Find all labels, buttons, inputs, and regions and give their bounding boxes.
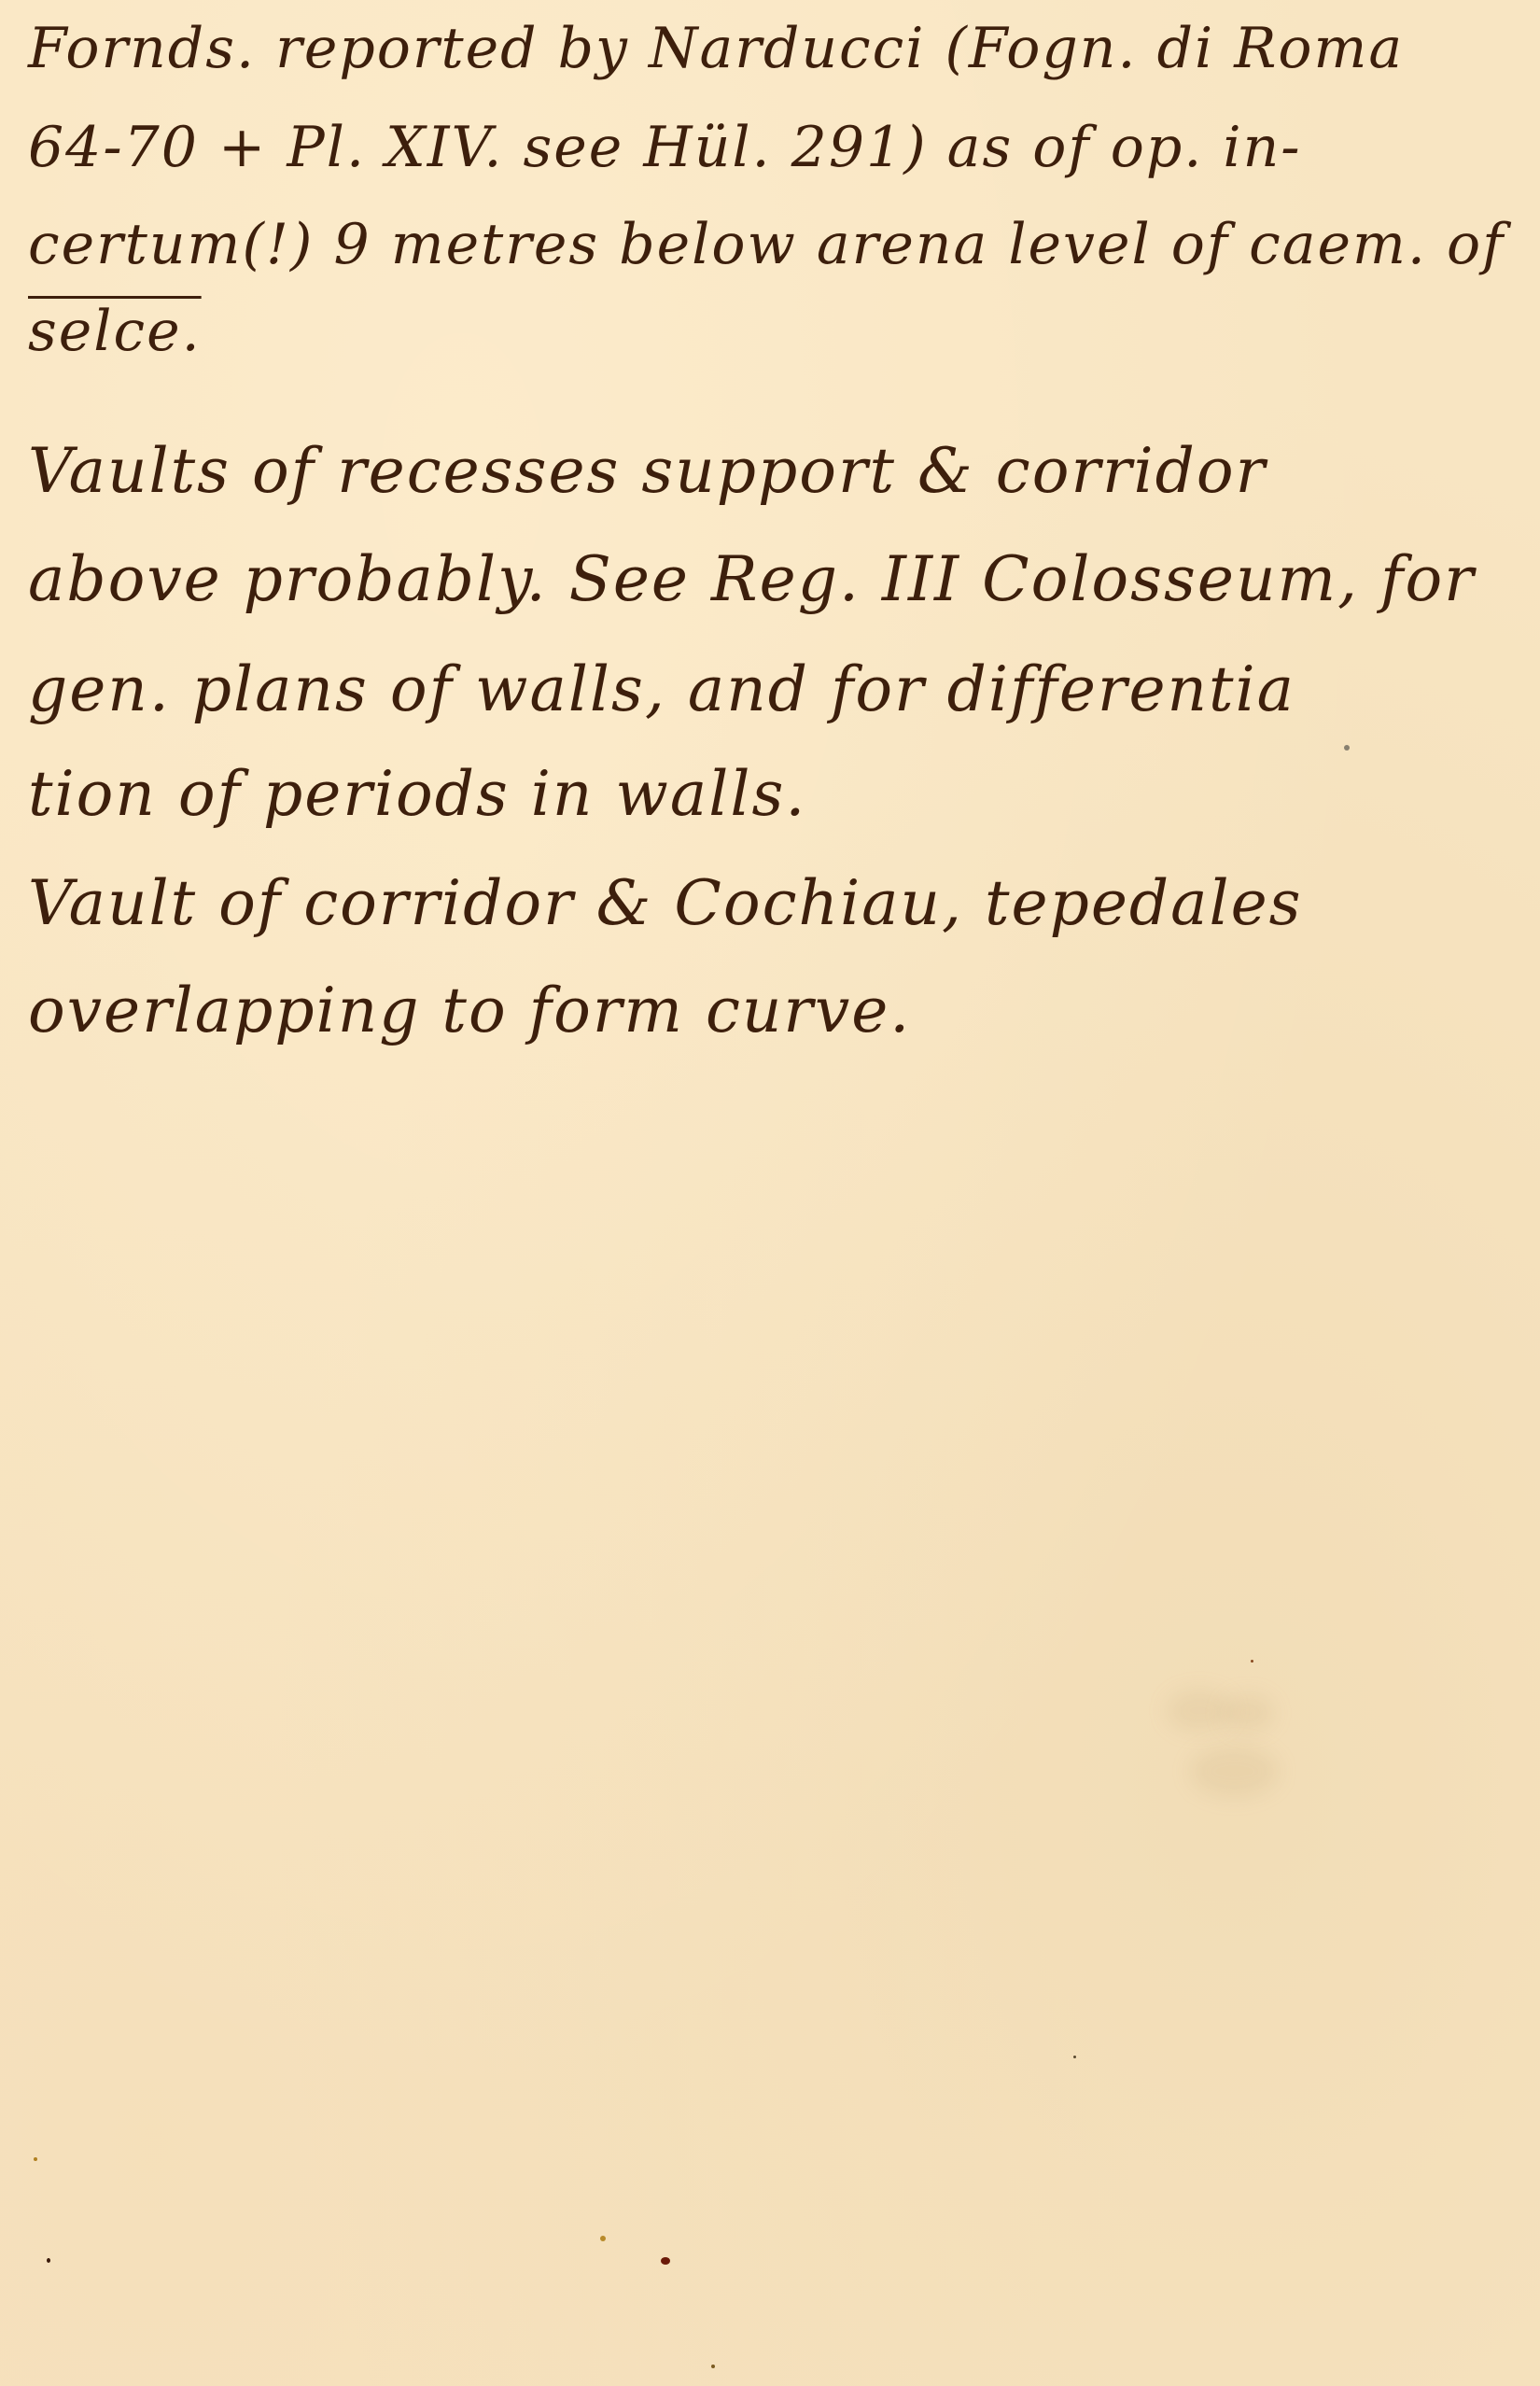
paper-stain xyxy=(1190,1746,1279,1797)
note-line: Vault of corridor & Cochiau, tepedales xyxy=(28,873,1303,934)
note-line: Vaults of recesses support & corridor xyxy=(28,441,1267,502)
ink-speck xyxy=(600,2236,606,2241)
note-line: overlapping to form curve. xyxy=(28,980,911,1042)
paper-stain xyxy=(1223,1694,1274,1732)
note-line: tion of periods in walls. xyxy=(28,764,806,825)
ink-speck xyxy=(34,2157,37,2161)
note-line: selce. xyxy=(28,303,202,359)
ink-speck xyxy=(47,2258,50,2263)
note-card xyxy=(0,0,1540,2386)
note-text: 64-70 + Pl. XIV. see Hül. 291) as of op.… xyxy=(28,115,1302,180)
ink-speck xyxy=(711,2365,715,2368)
note-line: Fornds. reported by Narducci (Fogn. di R… xyxy=(28,21,1404,77)
ink-speck xyxy=(1344,745,1350,751)
ink-speck xyxy=(661,2257,670,2265)
note-line: 64-70 + Pl. XIV. see Hül. 291) as of op.… xyxy=(28,119,1302,175)
note-line: above probably. See Reg. III Colosseum, … xyxy=(28,549,1476,611)
ink-speck xyxy=(1073,2056,1076,2058)
note-line: gen. plans of walls, and for differentia xyxy=(28,659,1295,721)
ink-speck xyxy=(1251,1660,1253,1663)
note-line: certum(!) 9 metres below arena level of … xyxy=(28,217,1505,273)
